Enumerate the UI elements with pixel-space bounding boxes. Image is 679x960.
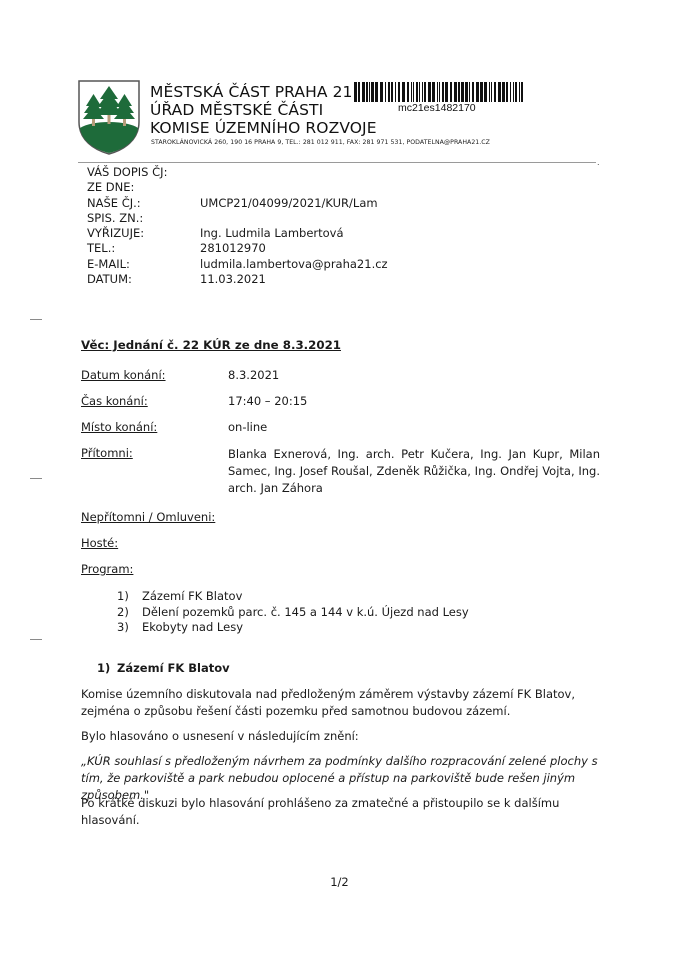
section-number: 1) — [97, 661, 117, 675]
absent-label: Nepřítomni / Omluveni: — [81, 510, 215, 524]
present-value: Blanka Exnerová, Ing. arch. Petr Kučera,… — [228, 446, 600, 497]
reference-label: VÁŠ DOPIS ČJ: — [87, 165, 167, 180]
paragraph: Komise územního diskutovala nad předlože… — [81, 686, 609, 720]
program-label: Program: — [81, 562, 133, 576]
date-value: 8.3.2021 — [228, 368, 279, 382]
org-name-line-3: KOMISE ÚZEMNÍHO ROZVOJE — [150, 119, 377, 137]
org-address: STAROKLÁNOVICKÁ 260, 190 16 PRAHA 9, TEL… — [151, 139, 490, 146]
reference-label: VYŘIZUJE: — [87, 226, 144, 241]
barcode-text: mc21es1482170 — [398, 102, 476, 114]
program-item-number: 1) — [117, 589, 129, 605]
reference-value: 11.03.2021 — [200, 272, 266, 287]
reference-value: Ing. Ludmila Lambertová — [200, 226, 344, 241]
margin-mark — [30, 319, 42, 320]
reference-label: NAŠE ČJ.: — [87, 196, 141, 211]
reference-label: TEL.: — [87, 241, 115, 256]
program-item-text: Zázemí FK Blatov — [142, 589, 242, 605]
org-name-line-2: ÚŘAD MĚSTSKÉ ČÁSTI — [150, 101, 323, 119]
barcode — [354, 82, 524, 102]
time-label: Čas konání: — [81, 394, 148, 408]
place-label: Místo konání: — [81, 420, 157, 434]
guests-label: Hosté: — [81, 536, 118, 550]
program-item-text: Dělení pozemků parc. č. 145 a 144 v k.ú.… — [142, 605, 469, 621]
date-label: Datum konání: — [81, 368, 166, 382]
place-value: on-line — [228, 420, 267, 434]
margin-mark — [30, 478, 42, 479]
reference-label: E-MAIL: — [87, 257, 130, 272]
margin-mark — [30, 639, 42, 640]
time-value: 17:40 – 20:15 — [228, 394, 307, 408]
header-divider — [78, 162, 596, 163]
reference-label: DATUM: — [87, 272, 132, 287]
subject-heading: Věc: Jednání č. 22 KÚR ze dne 8.3.2021 — [81, 338, 341, 352]
org-name-line-1: MĚSTSKÁ ČÁST PRAHA 21 — [150, 83, 353, 101]
program-item-number: 3) — [117, 620, 129, 636]
section-title: Zázemí FK Blatov — [117, 661, 230, 675]
reference-value: 281012970 — [200, 241, 266, 256]
reference-label: SPIS. ZN.: — [87, 211, 143, 226]
program-item-number: 2) — [117, 605, 129, 621]
reference-label: ZE DNE: — [87, 180, 134, 195]
divider-dot: . — [597, 158, 600, 167]
coat-of-arms-logo — [78, 80, 140, 155]
present-label: Přítomni: — [81, 446, 133, 460]
reference-value: ludmila.lambertova@praha21.cz — [200, 257, 388, 272]
reference-value: UMCP21/04099/2021/KUR/Lam — [200, 196, 378, 211]
program-item-text: Ekobyty nad Lesy — [142, 620, 243, 636]
paragraph: Po krátké diskuzi bylo hlasování prohláš… — [81, 795, 609, 829]
section-1-heading: 1)Zázemí FK Blatov — [97, 661, 230, 675]
paragraph: Bylo hlasováno o usnesení v následujícím… — [81, 728, 609, 745]
page-number: 1/2 — [0, 875, 679, 889]
